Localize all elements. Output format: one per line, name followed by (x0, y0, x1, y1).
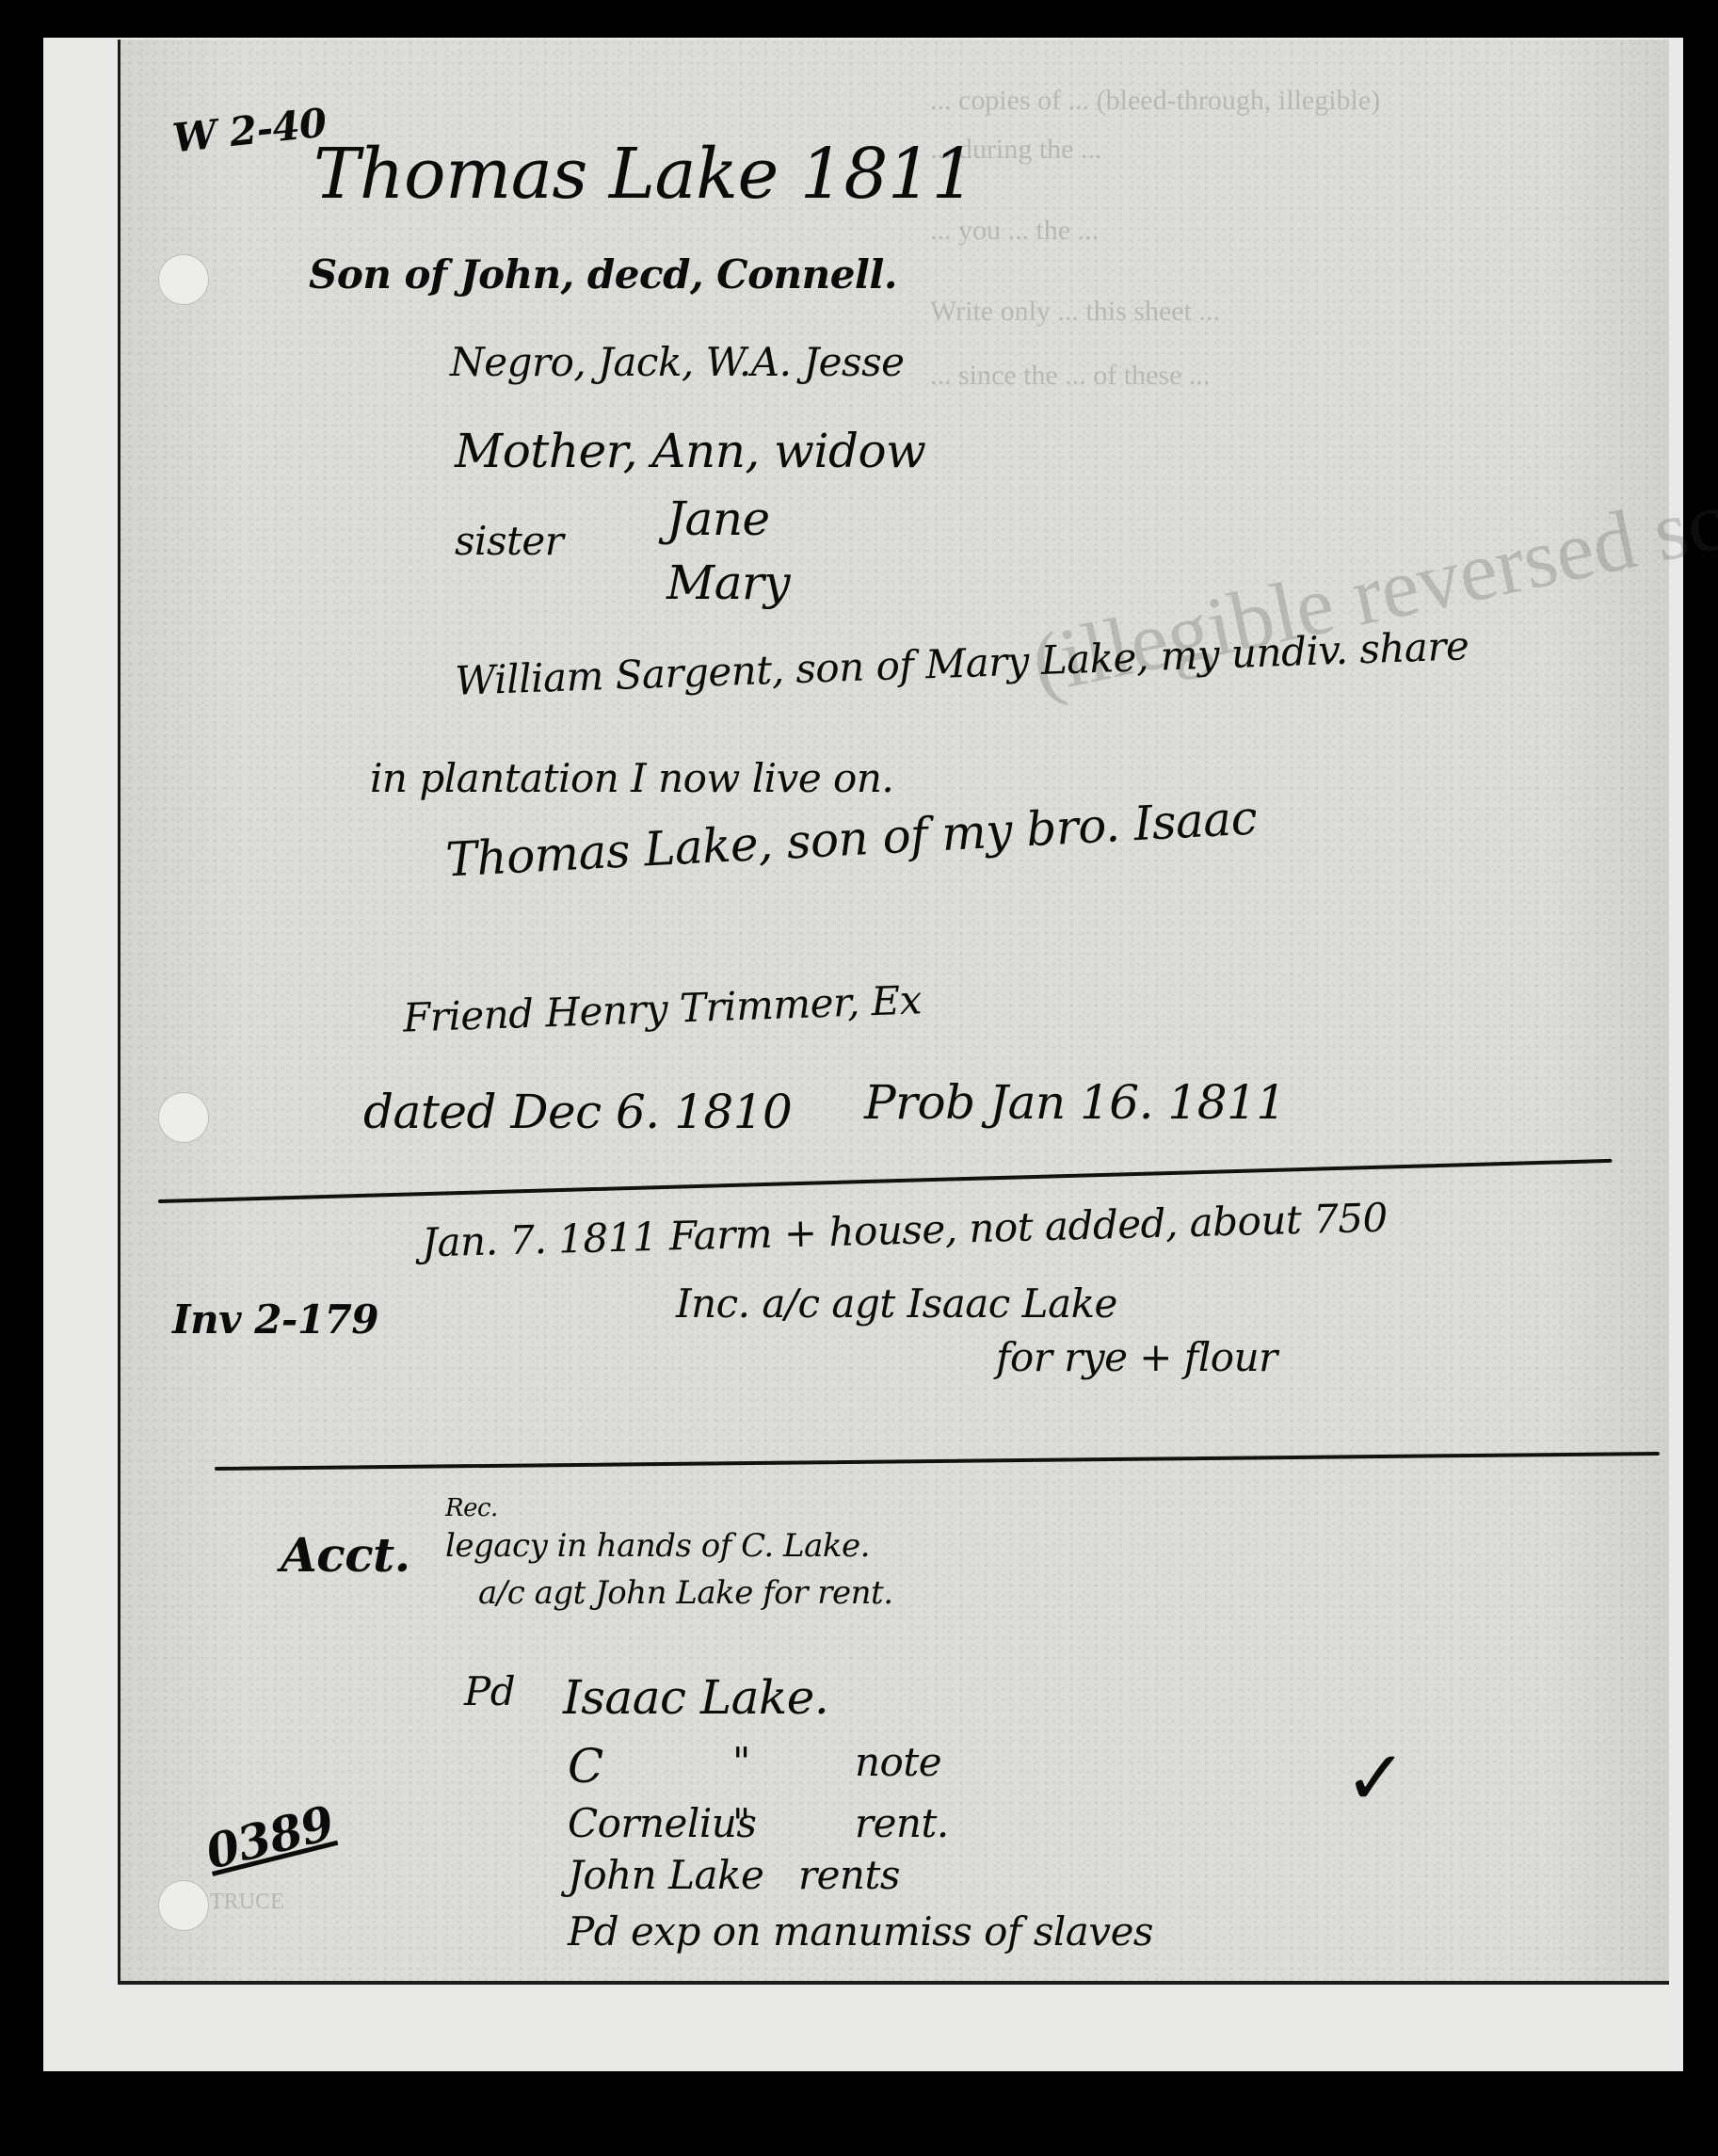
paid-name: Isaac Lake. (563, 1670, 828, 1725)
received-label: Rec. (445, 1494, 498, 1522)
abstract-line-nephew: Thomas Lake, son of my bro. Isaac (444, 790, 1258, 887)
section-divider (158, 1159, 1613, 1203)
paid-name: C (568, 1739, 603, 1794)
paid-item: note (855, 1739, 941, 1785)
account-marker: Acct. (281, 1527, 410, 1583)
bleed-through-line: ... since the ... of these ... (930, 360, 1210, 392)
ditto-mark: " (732, 1739, 750, 1785)
bleed-through-line: Write only ... this sheet ... (930, 296, 1220, 328)
sister-name-mary: Mary (666, 555, 790, 610)
file-number: 0389 (201, 1794, 339, 1879)
page-title: Thomas Lake 1811 (313, 134, 975, 215)
abstract-line-mother: Mother, Ann, widow (455, 424, 925, 478)
bleed-through-stamp: TRUCE (210, 1890, 284, 1915)
bleed-through-line: ... copies of ... (bleed-through, illegi… (930, 85, 1380, 117)
paid-name: John Lake (568, 1852, 763, 1898)
inventory-line: Jan. 7. 1811 Farm + house, not added, ab… (422, 1195, 1389, 1266)
paid-label: Pd (464, 1668, 515, 1714)
punch-hole-middle (158, 1092, 209, 1143)
paid-item: rents (798, 1852, 900, 1898)
punch-hole-top (158, 254, 209, 305)
ditto-mark: " (732, 1800, 750, 1846)
abstract-line-sargent: William Sargent, son of Mary Lake, my un… (454, 622, 1469, 704)
date-dated: dated Dec 6. 1810 (363, 1085, 792, 1139)
abstract-line-negro: Negro, Jack, W.A. Jesse (450, 339, 904, 385)
paid-item: rent. (855, 1800, 949, 1846)
date-probated: Prob Jan 16. 1811 (864, 1075, 1286, 1130)
received-line: a/c agt John Lake for rent. (478, 1574, 893, 1612)
punch-hole-bottom (158, 1880, 209, 1931)
section-divider (215, 1452, 1660, 1471)
checkmark-icon: ✓ (1344, 1734, 1407, 1822)
sister-label: sister (455, 518, 563, 564)
received-line: legacy in hands of C. Lake. (445, 1527, 870, 1565)
inventory-reference-code: Inv 2-179 (172, 1296, 378, 1343)
paid-name: Cornelius (568, 1800, 756, 1846)
document-sheet: ... copies of ... (bleed-through, illegi… (118, 40, 1669, 1985)
inventory-line: for rye + flour (996, 1334, 1277, 1380)
sister-name-jane: Jane (666, 491, 770, 546)
paid-expense-line: Pd exp on manumiss of slaves (568, 1908, 1153, 1955)
bleed-through-line: ... you ... the ... (930, 215, 1099, 247)
executor-line: Friend Henry Trimmer, Ex (402, 976, 922, 1040)
will-reference-code: W 2-40 (170, 100, 329, 162)
abstract-line-parentage: Son of John, decd, Connell. (309, 251, 897, 298)
abstract-line-plantation: in plantation I now live on. (370, 755, 893, 801)
inventory-line: Inc. a/c agt Isaac Lake (676, 1280, 1117, 1327)
